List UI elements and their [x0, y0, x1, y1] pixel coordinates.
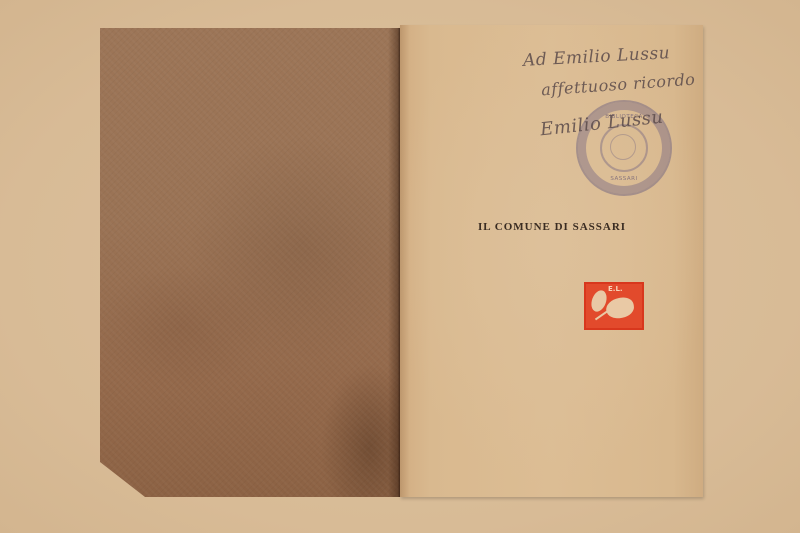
left-cover-page — [100, 28, 400, 497]
stamp-text-bottom: SASSARI — [578, 176, 670, 182]
title-page: Ad Emilio Lussu affettuoso ricordo BIBLI… — [400, 25, 703, 497]
book-title: IL COMUNE DI SASSARI — [478, 221, 626, 233]
spine-shadow — [388, 28, 400, 497]
red-ex-libris-stamp: E.L. — [584, 282, 644, 330]
stamp-label: E.L. — [608, 285, 623, 293]
dedication-line-2: affettuoso ricordo — [541, 70, 696, 100]
background: Ad Emilio Lussu affettuoso ricordo BIBLI… — [0, 0, 800, 533]
stamp-center-ring — [610, 134, 636, 160]
leaf-icon — [604, 296, 635, 321]
dedication-line-1: Ad Emilio Lussu — [523, 43, 671, 71]
